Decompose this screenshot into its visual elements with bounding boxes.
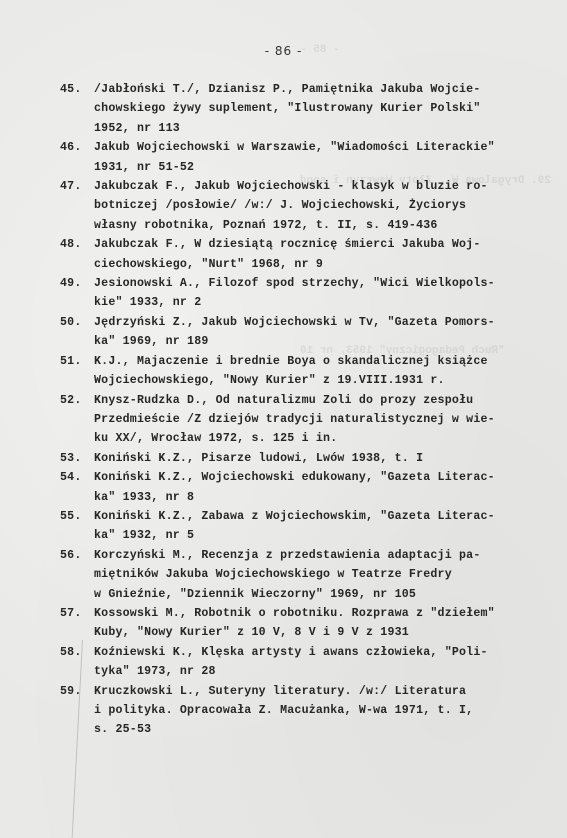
bibliography-list: 45./Jabłoński T./, Dzianisz P., Pamiętni…	[60, 80, 555, 740]
entry-number: 46.	[60, 138, 81, 157]
entry-text-line: K.J., Majaczenie i brednie Boya o skanda…	[94, 352, 555, 371]
entry-text-line: ciechowskiego, "Nurt" 1968, nr 9	[94, 255, 555, 274]
entry-number: 59.	[60, 682, 81, 701]
entry-text-line: Koniński K.Z., Wojciechowski edukowany, …	[94, 468, 555, 487]
entry-number: 58.	[60, 643, 81, 662]
bibliography-entry: 58.Koźniewski K., Klęska artysty i awans…	[60, 643, 555, 682]
entry-text-line: ka" 1969, nr 189	[94, 332, 555, 351]
entry-text-line: /Jabłoński T./, Dzianisz P., Pamiętnika …	[94, 80, 555, 99]
page-number-dash-left: -	[265, 44, 270, 58]
document-page: - 85 - 29. Drygalowa W., Złoty Wawrzyn i…	[0, 0, 567, 838]
entry-number: 48.	[60, 235, 81, 254]
entry-number: 51.	[60, 352, 81, 371]
entry-text-line: Kossowski M., Robotnik o robotniku. Rozp…	[94, 604, 555, 623]
bibliography-entry: 53.Koniński K.Z., Pisarze ludowi, Lwów 1…	[60, 449, 555, 468]
entry-text-line: Kuby, "Nowy Kurier" z 10 V, 8 V i 9 V z …	[94, 623, 555, 642]
entry-text-line: Koniński K.Z., Zabawa z Wojciechowskim, …	[94, 507, 555, 526]
bibliography-entry: 47.Jakubczak F., Jakub Wojciechowski - k…	[60, 177, 555, 235]
entry-text-line: Przedmieście /Z dziejów tradycji natural…	[94, 410, 555, 429]
bibliography-entry: 51.K.J., Majaczenie i brednie Boya o ska…	[60, 352, 555, 391]
page-number: - 86 -	[0, 44, 567, 58]
bibliography-entry: 48.Jakubczak F., W dziesiątą rocznicę śm…	[60, 235, 555, 274]
entry-text-line: kie" 1933, nr 2	[94, 293, 555, 312]
entry-number: 55.	[60, 507, 81, 526]
page-number-dash-right: -	[297, 44, 302, 58]
bibliography-entry: 46.Jakub Wojciechowski w Warszawie, "Wia…	[60, 138, 555, 177]
entry-number: 47.	[60, 177, 81, 196]
bibliography-entry: 55.Koniński K.Z., Zabawa z Wojciechowski…	[60, 507, 555, 546]
entry-text-line: ka" 1933, nr 8	[94, 488, 555, 507]
entry-text-line: Jesionowski A., Filozof spod strzechy, "…	[94, 274, 555, 293]
entry-text-line: Koźniewski K., Klęska artysty i awans cz…	[94, 643, 555, 662]
entry-text-line: ku XX/, Wrocław 1972, s. 125 i in.	[94, 429, 555, 448]
entry-number: 50.	[60, 313, 81, 332]
entry-text-line: Jakubczak F., W dziesiątą rocznicę śmier…	[94, 235, 555, 254]
entry-text-line: miętników Jakuba Wojciechowskiego w Teat…	[94, 565, 555, 584]
entry-number: 52.	[60, 391, 81, 410]
bibliography-entry: 56.Korczyński M., Recenzja z przedstawie…	[60, 546, 555, 604]
bibliography-entry: 45./Jabłoński T./, Dzianisz P., Pamiętni…	[60, 80, 555, 138]
entry-text-line: ka" 1932, nr 5	[94, 526, 555, 545]
entry-text-line: s. 25-53	[94, 720, 555, 739]
bibliography-entry: 57.Kossowski M., Robotnik o robotniku. R…	[60, 604, 555, 643]
entry-text-line: Knysz-Rudzka D., Od naturalizmu Zoli do …	[94, 391, 555, 410]
entry-number: 54.	[60, 468, 81, 487]
entry-text-line: 1931, nr 51-52	[94, 158, 555, 177]
entry-text-line: Wojciechowskiego, "Nowy Kurier" z 19.VII…	[94, 371, 555, 390]
entry-text-line: Kruczkowski L., Suteryny literatury. /w:…	[94, 682, 555, 701]
bibliography-entry: 59.Kruczkowski L., Suteryny literatury. …	[60, 682, 555, 740]
entry-text-line: 1952, nr 113	[94, 119, 555, 138]
entry-number: 56.	[60, 546, 81, 565]
entry-text-line: w Gnieźnie, "Dziennik Wieczorny" 1969, n…	[94, 585, 555, 604]
entry-text-line: botniczej /posłowie/ /w:/ J. Wojciechows…	[94, 196, 555, 215]
entry-text-line: Korczyński M., Recenzja z przedstawienia…	[94, 546, 555, 565]
page-number-value: 86	[275, 44, 292, 58]
entry-number: 49.	[60, 274, 81, 293]
entry-text-line: Koniński K.Z., Pisarze ludowi, Lwów 1938…	[94, 449, 555, 468]
entry-number: 53.	[60, 449, 81, 468]
bibliography-entry: 49.Jesionowski A., Filozof spod strzechy…	[60, 274, 555, 313]
entry-number: 45.	[60, 80, 81, 99]
entry-number: 57.	[60, 604, 81, 623]
bibliography-entry: 52.Knysz-Rudzka D., Od naturalizmu Zoli …	[60, 391, 555, 449]
entry-text-line: tyka" 1973, nr 28	[94, 662, 555, 681]
entry-text-line: własny robotnika, Poznań 1972, t. II, s.…	[94, 216, 555, 235]
entry-text-line: Jakubczak F., Jakub Wojciechowski - klas…	[94, 177, 555, 196]
entry-text-line: Jędrzyński Z., Jakub Wojciechowski w Tv,…	[94, 313, 555, 332]
entry-text-line: chowskiego żywy suplement, "Ilustrowany …	[94, 99, 555, 118]
entry-text-line: i polityka. Opracowała Z. Macużanka, W-w…	[94, 701, 555, 720]
bibliography-entry: 50.Jędrzyński Z., Jakub Wojciechowski w …	[60, 313, 555, 352]
bibliography-entry: 54.Koniński K.Z., Wojciechowski edukowan…	[60, 468, 555, 507]
entry-text-line: Jakub Wojciechowski w Warszawie, "Wiadom…	[94, 138, 555, 157]
